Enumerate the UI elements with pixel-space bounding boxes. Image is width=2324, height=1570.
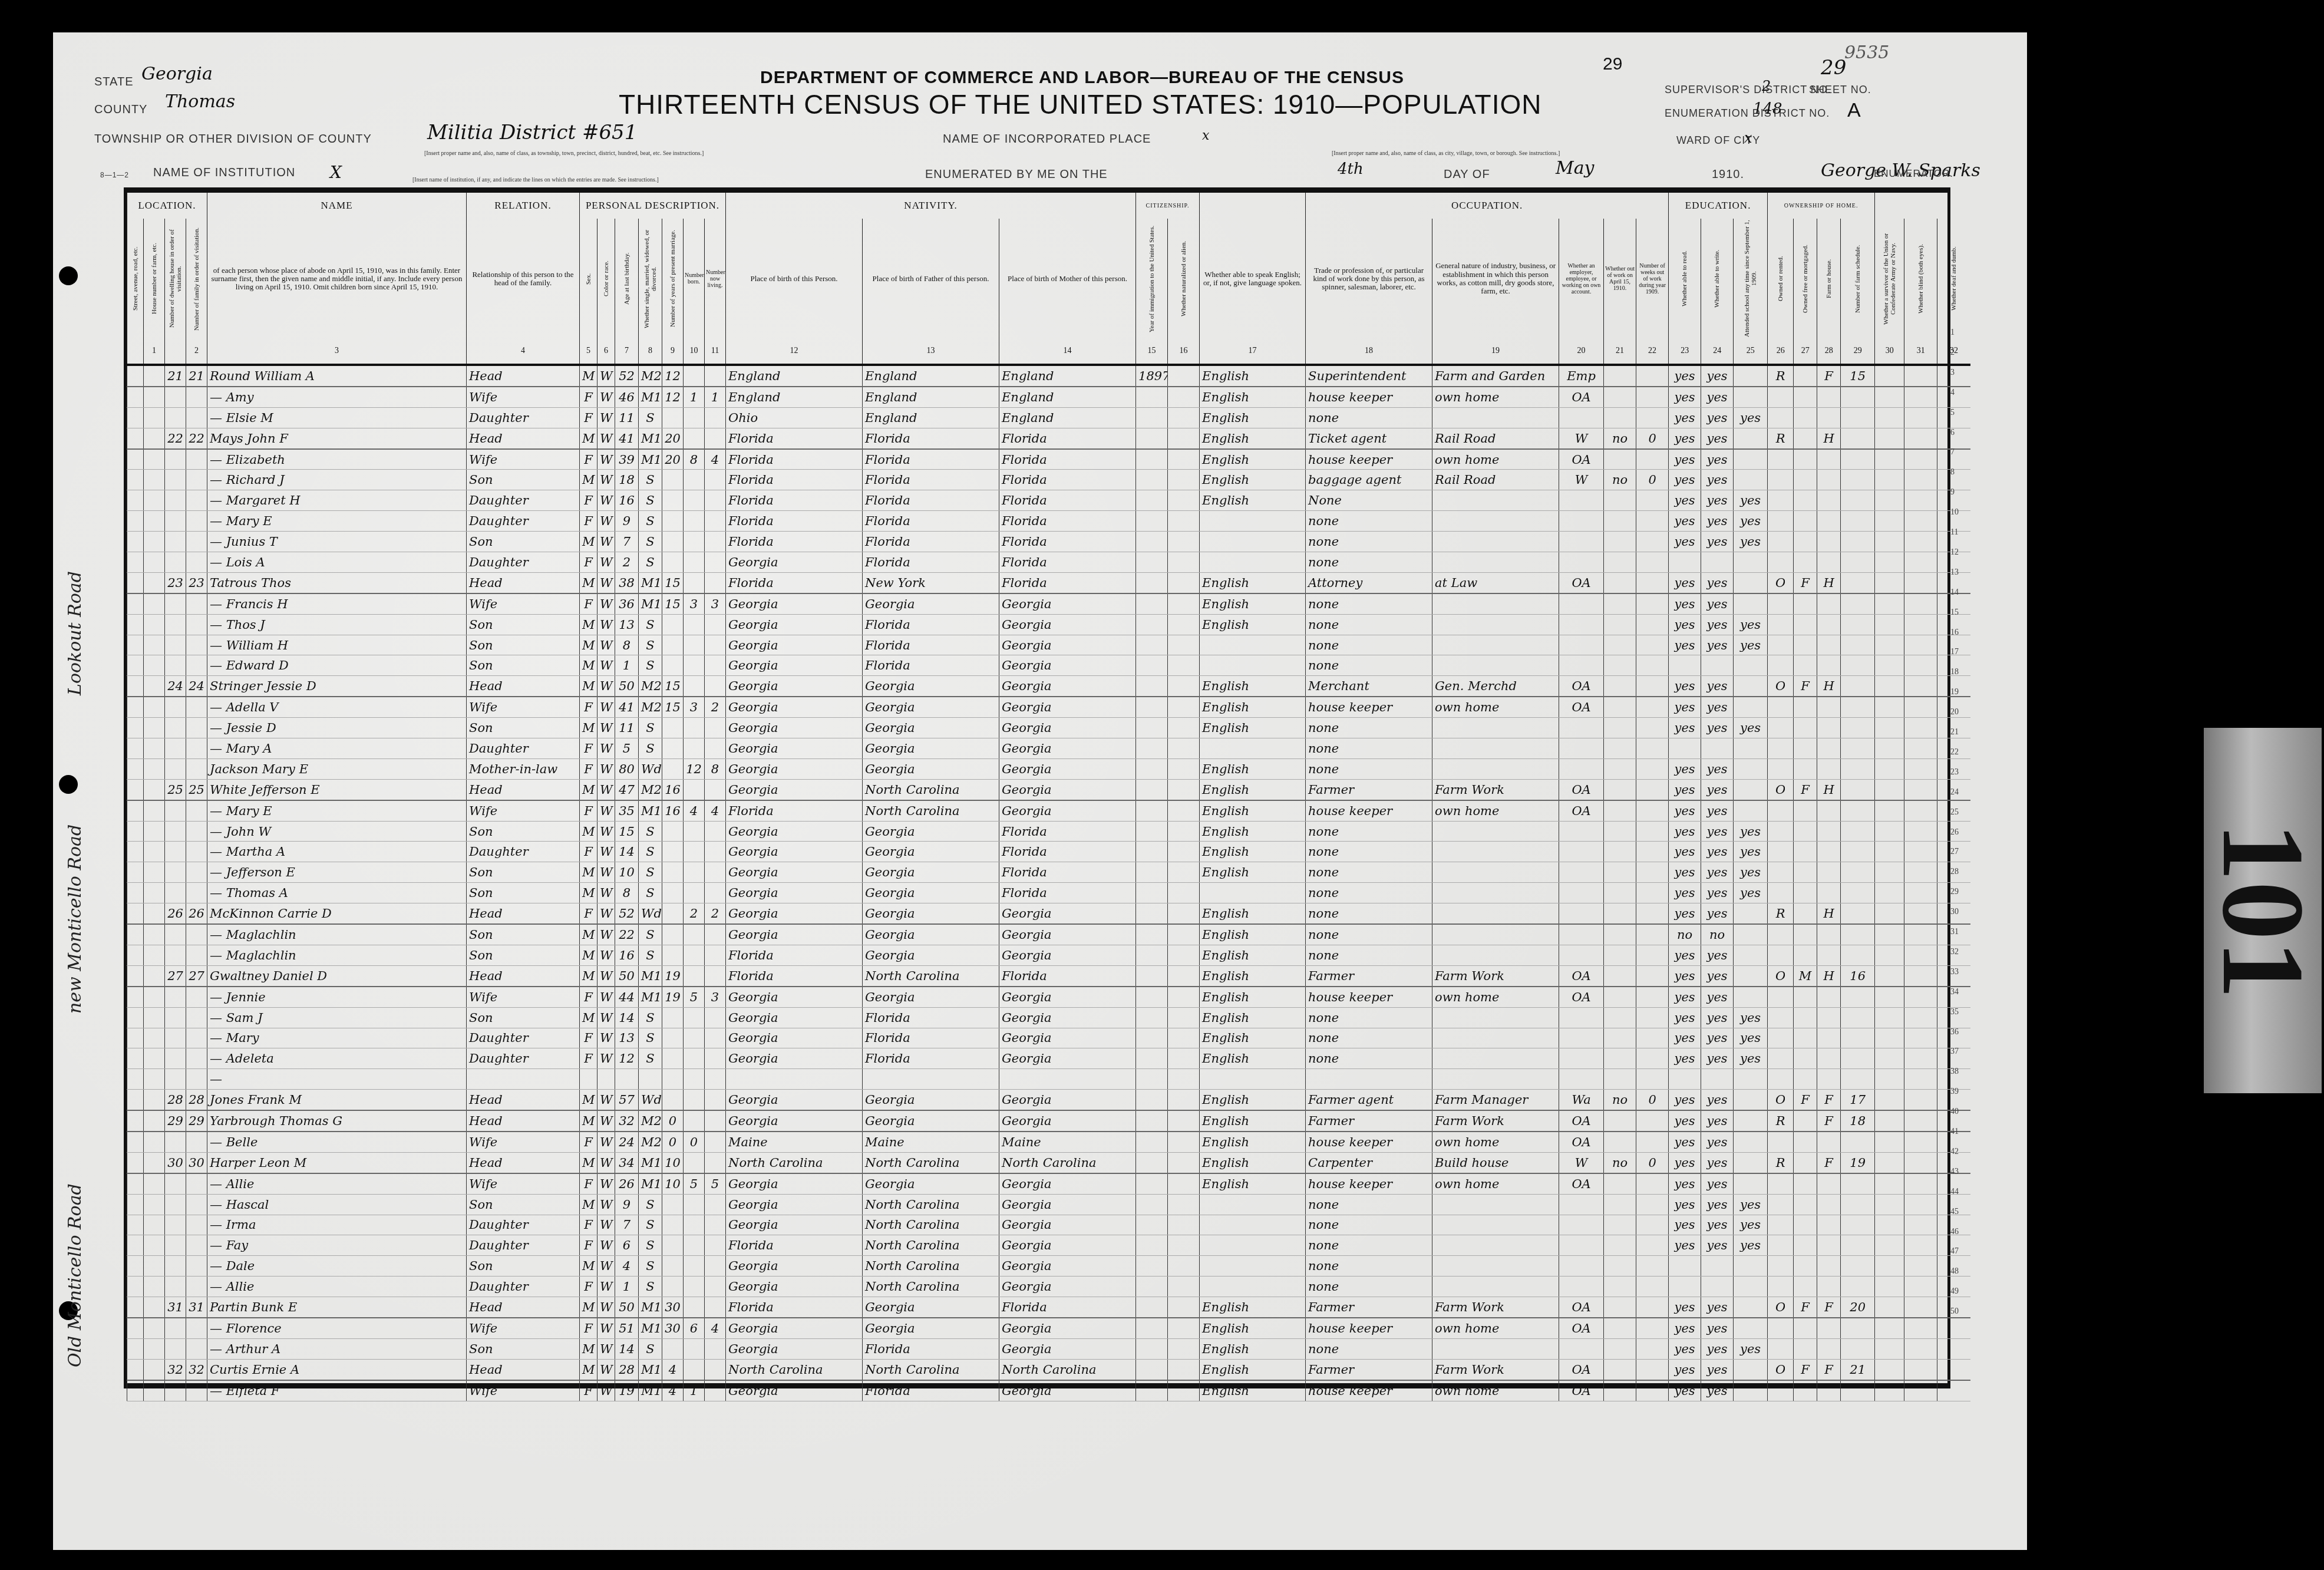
cell-trade: none bbox=[1306, 924, 1432, 945]
column-number: 29 bbox=[1841, 339, 1875, 365]
column-number: 1 bbox=[144, 339, 165, 365]
cell-free: F bbox=[1794, 1297, 1817, 1318]
cell-sex: M bbox=[580, 1152, 597, 1173]
cell-own bbox=[1768, 1069, 1794, 1090]
cell-born bbox=[684, 655, 705, 676]
cell-living bbox=[705, 1215, 726, 1235]
cell-weeks bbox=[1636, 1048, 1669, 1069]
cell-free bbox=[1794, 511, 1817, 532]
cell-born: 5 bbox=[684, 987, 705, 1007]
cell-emp: OA bbox=[1559, 987, 1604, 1007]
cell-bp: Florida bbox=[726, 1235, 863, 1256]
cell-living bbox=[705, 635, 726, 655]
cell-free bbox=[1794, 903, 1817, 924]
cell-sex: M bbox=[580, 428, 597, 448]
cell-blind bbox=[1904, 511, 1937, 532]
col-farm-schedule: Number of farm schedule. bbox=[1841, 219, 1875, 339]
cell-sex: F bbox=[580, 1318, 597, 1338]
cell-sched bbox=[1841, 593, 1875, 614]
col-read: Whether able to read. bbox=[1669, 219, 1701, 339]
cell-read: yes bbox=[1669, 1007, 1701, 1028]
cell-write: yes bbox=[1701, 1028, 1734, 1048]
cell-yrs bbox=[662, 842, 684, 862]
cell-vet bbox=[1875, 428, 1904, 448]
cell-emp bbox=[1559, 490, 1604, 511]
cell-fullname: — Martha A bbox=[207, 842, 467, 862]
cell-family bbox=[186, 1132, 207, 1152]
cell-sched bbox=[1841, 470, 1875, 490]
cell-street bbox=[127, 1110, 144, 1132]
cell-vet bbox=[1875, 655, 1904, 676]
cell-family bbox=[186, 1277, 207, 1297]
cell-living bbox=[705, 490, 726, 511]
cell-sched bbox=[1841, 407, 1875, 428]
cell-own bbox=[1768, 987, 1794, 1007]
cell-trade: house keeper bbox=[1306, 449, 1432, 470]
cell-industry: own home bbox=[1432, 1318, 1559, 1338]
cell-race: W bbox=[597, 1359, 615, 1380]
cell-blind bbox=[1904, 407, 1937, 428]
cell-trade: none bbox=[1306, 903, 1432, 924]
cell-yrs bbox=[662, 470, 684, 490]
cell-own bbox=[1768, 1194, 1794, 1215]
cell-read: yes bbox=[1669, 1132, 1701, 1152]
cell-bpm: Georgia bbox=[999, 1256, 1136, 1277]
cell-dwelling bbox=[165, 449, 186, 470]
cell-family bbox=[186, 1380, 207, 1401]
cell-out bbox=[1604, 1215, 1636, 1235]
cell-own bbox=[1768, 552, 1794, 573]
cell-read: yes bbox=[1669, 883, 1701, 903]
cell-free: F bbox=[1794, 1090, 1817, 1110]
cell-bpf: North Carolina bbox=[863, 1235, 999, 1256]
cell-living bbox=[705, 924, 726, 945]
cell-weeks bbox=[1636, 1173, 1669, 1194]
line-number: 20 bbox=[1950, 708, 1959, 717]
cell-write: yes bbox=[1701, 470, 1734, 490]
cell-dwelling bbox=[165, 987, 186, 1007]
cell-fh bbox=[1817, 1277, 1841, 1297]
cell-relation: Daughter bbox=[467, 1215, 580, 1235]
cell-blind bbox=[1904, 1318, 1937, 1338]
cell-blind bbox=[1904, 779, 1937, 800]
column-number: 8 bbox=[639, 339, 662, 365]
cell-school bbox=[1734, 449, 1768, 470]
cell-bpf bbox=[863, 1069, 999, 1090]
cell-lang: English bbox=[1200, 1007, 1306, 1028]
cell-bpm: Georgia bbox=[999, 987, 1136, 1007]
cell-dwelling bbox=[165, 593, 186, 614]
cell-blind bbox=[1904, 1359, 1937, 1380]
cell-bpm: Georgia bbox=[999, 945, 1136, 965]
cell-marital: S bbox=[639, 1194, 662, 1215]
cell-vet bbox=[1875, 779, 1904, 800]
cell-marital: M2 bbox=[639, 676, 662, 697]
cell-fullname: — Maglachlin bbox=[207, 945, 467, 965]
cell-imm bbox=[1136, 387, 1168, 407]
cell-write: yes bbox=[1701, 758, 1734, 779]
cell-born: 4 bbox=[684, 800, 705, 821]
col-children-living: Number now living. bbox=[705, 219, 726, 339]
cell-out: no bbox=[1604, 1152, 1636, 1173]
cell-imm bbox=[1136, 593, 1168, 614]
cell-fh bbox=[1817, 470, 1841, 490]
cell-school bbox=[1734, 387, 1768, 407]
cell-age: 11 bbox=[615, 407, 639, 428]
cell-fullname: — Belle bbox=[207, 1132, 467, 1152]
cell-born bbox=[684, 842, 705, 862]
cell-trade: none bbox=[1306, 1194, 1432, 1215]
cell-bp: Georgia bbox=[726, 1277, 863, 1297]
cell-lang: English bbox=[1200, 449, 1306, 470]
cell-family: 24 bbox=[186, 676, 207, 697]
cell-read: yes bbox=[1669, 779, 1701, 800]
cell-write: yes bbox=[1701, 1173, 1734, 1194]
cell-fullname: White Jefferson E bbox=[207, 779, 467, 800]
cell-bpf: Georgia bbox=[863, 738, 999, 759]
cell-living bbox=[705, 511, 726, 532]
cell-deaf bbox=[1937, 1338, 1970, 1359]
cell-blind bbox=[1904, 1256, 1937, 1277]
cell-family bbox=[186, 945, 207, 965]
cell-dwelling bbox=[165, 1048, 186, 1069]
line-number: 25 bbox=[1950, 808, 1959, 817]
cell-sched bbox=[1841, 449, 1875, 470]
cell-born: 1 bbox=[684, 1380, 705, 1401]
cell-bpm: Georgia bbox=[999, 924, 1136, 945]
cell-relation: Son bbox=[467, 470, 580, 490]
cell-yrs: 0 bbox=[662, 1110, 684, 1132]
cell-house bbox=[144, 800, 165, 821]
cell-industry: Farm Manager bbox=[1432, 1090, 1559, 1110]
cell-out bbox=[1604, 572, 1636, 593]
cell-fullname: — Jessie D bbox=[207, 718, 467, 738]
cell-bp: Georgia bbox=[726, 903, 863, 924]
cell-free bbox=[1794, 1007, 1817, 1028]
cell-blind bbox=[1904, 1173, 1937, 1194]
cell-weeks bbox=[1636, 552, 1669, 573]
cell-industry bbox=[1432, 1256, 1559, 1277]
cell-weeks bbox=[1636, 407, 1669, 428]
cell-marital: M1 bbox=[639, 1173, 662, 1194]
col-street: Street, avenue, road, etc. bbox=[127, 219, 144, 339]
cell-bpf: Georgia bbox=[863, 903, 999, 924]
col-farm-house: Farm or house. bbox=[1817, 219, 1841, 339]
incorporated-hint: [Insert proper name and, also, name of c… bbox=[1332, 150, 1560, 157]
cell-bp: Florida bbox=[726, 428, 863, 448]
cell-bpm: Georgia bbox=[999, 655, 1136, 676]
cell-own bbox=[1768, 800, 1794, 821]
cell-yrs: 30 bbox=[662, 1318, 684, 1338]
col-free: Owned free or mortgaged. bbox=[1794, 219, 1817, 339]
cell-fullname: — bbox=[207, 1069, 467, 1090]
cell-industry bbox=[1432, 883, 1559, 903]
cell-blind bbox=[1904, 655, 1937, 676]
cell-vet bbox=[1875, 1173, 1904, 1194]
column-number: 22 bbox=[1636, 339, 1669, 365]
cell-read: yes bbox=[1669, 800, 1701, 821]
cell-born bbox=[684, 1297, 705, 1318]
cell-bp: Georgia bbox=[726, 862, 863, 883]
cell-out bbox=[1604, 635, 1636, 655]
cell-imm bbox=[1136, 1235, 1168, 1256]
cell-fh: F bbox=[1817, 1090, 1841, 1110]
cell-vet bbox=[1875, 800, 1904, 821]
cell-sex: M bbox=[580, 1110, 597, 1132]
cell-street bbox=[127, 821, 144, 842]
col-birthplace-father: Place of birth of Father of this person. bbox=[863, 219, 999, 339]
cell-family bbox=[186, 987, 207, 1007]
cell-write: yes bbox=[1701, 779, 1734, 800]
cell-nat bbox=[1168, 407, 1200, 428]
cell-nat bbox=[1168, 635, 1200, 655]
cell-out bbox=[1604, 1318, 1636, 1338]
table-row: — Jefferson ESonMW10SGeorgiaGeorgiaFlori… bbox=[127, 862, 1970, 883]
cell-own: R bbox=[1768, 1152, 1794, 1173]
cell-emp: W bbox=[1559, 428, 1604, 448]
cell-living bbox=[705, 862, 726, 883]
cell-school bbox=[1734, 779, 1768, 800]
cell-fullname: — Dale bbox=[207, 1256, 467, 1277]
cell-vet bbox=[1875, 614, 1904, 635]
cell-emp bbox=[1559, 655, 1604, 676]
cell-trade: Ticket agent bbox=[1306, 428, 1432, 448]
line-number: 21 bbox=[1950, 728, 1959, 737]
cell-out bbox=[1604, 1069, 1636, 1090]
cell-weeks bbox=[1636, 572, 1669, 593]
cell-sex: F bbox=[580, 490, 597, 511]
cell-race: W bbox=[597, 842, 615, 862]
cell-out bbox=[1604, 1338, 1636, 1359]
table-row: 2828Jones Frank MHeadMW57WdGeorgiaGeorgi… bbox=[127, 1090, 1970, 1110]
cell-yrs: 15 bbox=[662, 697, 684, 717]
col-write: Whether able to write. bbox=[1701, 219, 1734, 339]
cell-out bbox=[1604, 365, 1636, 387]
cell-out bbox=[1604, 490, 1636, 511]
county-value: Thomas bbox=[165, 91, 235, 112]
cell-sched bbox=[1841, 614, 1875, 635]
column-number: 7 bbox=[615, 339, 639, 365]
cell-race: W bbox=[597, 1132, 615, 1152]
cell-race: W bbox=[597, 1110, 615, 1132]
cell-fh bbox=[1817, 924, 1841, 945]
cell-trade bbox=[1306, 1069, 1432, 1090]
table-row: — Mary EDaughterFW9SFloridaFloridaFlorid… bbox=[127, 511, 1970, 532]
cell-write: yes bbox=[1701, 365, 1734, 387]
cell-free bbox=[1794, 593, 1817, 614]
cell-sched bbox=[1841, 924, 1875, 945]
cell-nat bbox=[1168, 1380, 1200, 1401]
column-number: 19 bbox=[1432, 339, 1559, 365]
cell-sex: F bbox=[580, 1277, 597, 1297]
cell-read: yes bbox=[1669, 1090, 1701, 1110]
cell-fullname: — Mary E bbox=[207, 511, 467, 532]
cell-school: yes bbox=[1734, 1338, 1768, 1359]
cell-vet bbox=[1875, 1028, 1904, 1048]
cell-free bbox=[1794, 407, 1817, 428]
cell-blind bbox=[1904, 1215, 1937, 1235]
cell-trade: Farmer bbox=[1306, 1359, 1432, 1380]
cell-race: W bbox=[597, 635, 615, 655]
line-number: 46 bbox=[1950, 1228, 1959, 1237]
cell-lang: English bbox=[1200, 407, 1306, 428]
cell-street bbox=[127, 1007, 144, 1028]
cell-trade: none bbox=[1306, 1048, 1432, 1069]
line-number: 22 bbox=[1950, 748, 1959, 757]
cell-read: yes bbox=[1669, 842, 1701, 862]
census-table: LOCATION. NAME RELATION. PERSONAL DESCRI… bbox=[124, 187, 1950, 1388]
cell-own bbox=[1768, 1338, 1794, 1359]
cell-race: W bbox=[597, 738, 615, 759]
cell-dwelling bbox=[165, 1318, 186, 1338]
cell-trade: Superintendent bbox=[1306, 365, 1432, 387]
cell-relation: Son bbox=[467, 945, 580, 965]
table-row: 3131Partin Bunk EHeadMW50M130FloridaGeor… bbox=[127, 1297, 1970, 1318]
cell-relation: Wife bbox=[467, 1173, 580, 1194]
line-number: 2 bbox=[1950, 348, 1955, 358]
cell-nat bbox=[1168, 987, 1200, 1007]
page-number: 29 bbox=[1603, 54, 1622, 74]
group-relation: RELATION. bbox=[467, 193, 580, 219]
cell-fullname: — Mary E bbox=[207, 800, 467, 821]
cell-industry bbox=[1432, 821, 1559, 842]
cell-yrs bbox=[662, 821, 684, 842]
cell-fullname: Curtis Ernie A bbox=[207, 1359, 467, 1380]
cell-vet bbox=[1875, 738, 1904, 759]
cell-emp bbox=[1559, 924, 1604, 945]
group-language bbox=[1200, 193, 1306, 219]
cell-age: 9 bbox=[615, 1194, 639, 1215]
cell-yrs bbox=[662, 1194, 684, 1215]
cell-industry: Farm Work bbox=[1432, 779, 1559, 800]
cell-blind bbox=[1904, 1048, 1937, 1069]
cell-free bbox=[1794, 1235, 1817, 1256]
cell-write: yes bbox=[1701, 842, 1734, 862]
line-number: 15 bbox=[1950, 608, 1959, 618]
cell-out bbox=[1604, 1194, 1636, 1215]
cell-family bbox=[186, 1028, 207, 1048]
cell-trade: house keeper bbox=[1306, 800, 1432, 821]
cell-race: W bbox=[597, 655, 615, 676]
cell-fullname: — Mary A bbox=[207, 738, 467, 759]
cell-weeks: 0 bbox=[1636, 1152, 1669, 1173]
line-number: 43 bbox=[1950, 1167, 1959, 1177]
column-number: 6 bbox=[597, 339, 615, 365]
cell-born bbox=[684, 407, 705, 428]
cell-lang bbox=[1200, 1256, 1306, 1277]
cell-house bbox=[144, 903, 165, 924]
column-number: 3 bbox=[207, 339, 467, 365]
cell-weeks bbox=[1636, 1318, 1669, 1338]
cell-sched bbox=[1841, 697, 1875, 717]
cell-fullname: — Allie bbox=[207, 1277, 467, 1297]
cell-born bbox=[684, 945, 705, 965]
cell-marital: S bbox=[639, 1256, 662, 1277]
cell-emp bbox=[1559, 407, 1604, 428]
cell-vet bbox=[1875, 924, 1904, 945]
cell-bp: Georgia bbox=[726, 987, 863, 1007]
cell-fullname: — Amy bbox=[207, 387, 467, 407]
cell-age: 7 bbox=[615, 1215, 639, 1235]
cell-read: yes bbox=[1669, 1215, 1701, 1235]
cell-fullname: — Hascal bbox=[207, 1194, 467, 1215]
column-number: 17 bbox=[1200, 339, 1306, 365]
cell-emp bbox=[1559, 1194, 1604, 1215]
cell-sex: M bbox=[580, 1338, 597, 1359]
cell-fullname: McKinnon Carrie D bbox=[207, 903, 467, 924]
cell-read: yes bbox=[1669, 1338, 1701, 1359]
cell-sex: M bbox=[580, 1090, 597, 1110]
cell-sex: M bbox=[580, 883, 597, 903]
cell-fh bbox=[1817, 635, 1841, 655]
cell-bpm: Florida bbox=[999, 883, 1136, 903]
cell-out bbox=[1604, 1359, 1636, 1380]
col-out-of-work: Whether out of work on April 15, 1910. bbox=[1604, 219, 1636, 339]
cell-living bbox=[705, 470, 726, 490]
cell-living bbox=[705, 779, 726, 800]
cell-yrs bbox=[662, 1277, 684, 1297]
cell-read: yes bbox=[1669, 1359, 1701, 1380]
cell-nat bbox=[1168, 365, 1200, 387]
cell-nat bbox=[1168, 1132, 1200, 1152]
cell-vet bbox=[1875, 1380, 1904, 1401]
cell-marital: S bbox=[639, 407, 662, 428]
cell-industry bbox=[1432, 1069, 1559, 1090]
table-row: — MaryDaughterFW13SGeorgiaFloridaGeorgia… bbox=[127, 1028, 1970, 1048]
enumerated-label: ENUMERATED BY ME ON THE bbox=[925, 168, 1108, 182]
cell-school: yes bbox=[1734, 511, 1768, 532]
cell-imm bbox=[1136, 883, 1168, 903]
table-row: — Margaret HDaughterFW16SFloridaFloridaF… bbox=[127, 490, 1970, 511]
cell-trade: none bbox=[1306, 821, 1432, 842]
cell-free bbox=[1794, 758, 1817, 779]
cell-emp bbox=[1559, 883, 1604, 903]
cell-own bbox=[1768, 407, 1794, 428]
cell-race: W bbox=[597, 965, 615, 986]
cell-dwelling: 31 bbox=[165, 1297, 186, 1318]
group-location: LOCATION. bbox=[127, 193, 207, 219]
cell-race: W bbox=[597, 365, 615, 387]
cell-born bbox=[684, 779, 705, 800]
cell-emp bbox=[1559, 593, 1604, 614]
cell-born bbox=[684, 821, 705, 842]
cell-nat bbox=[1168, 883, 1200, 903]
cell-imm bbox=[1136, 635, 1168, 655]
cell-imm bbox=[1136, 779, 1168, 800]
cell-house bbox=[144, 965, 165, 986]
cell-write: yes bbox=[1701, 697, 1734, 717]
cell-street bbox=[127, 470, 144, 490]
cell-sched: 20 bbox=[1841, 1297, 1875, 1318]
group-nativity: NATIVITY. bbox=[726, 193, 1136, 219]
cell-house bbox=[144, 945, 165, 965]
cell-blind bbox=[1904, 1297, 1937, 1318]
cell-street bbox=[127, 1028, 144, 1048]
cell-weeks bbox=[1636, 842, 1669, 862]
margin-road-note: Lookout Road bbox=[65, 571, 85, 695]
cell-industry: own home bbox=[1432, 1380, 1559, 1401]
cell-relation: Wife bbox=[467, 449, 580, 470]
cell-street bbox=[127, 572, 144, 593]
cell-living bbox=[705, 1132, 726, 1152]
cell-sex: M bbox=[580, 945, 597, 965]
column-number: 27 bbox=[1794, 339, 1817, 365]
cell-living bbox=[705, 821, 726, 842]
cell-bpm: Georgia bbox=[999, 1110, 1136, 1132]
cell-family bbox=[186, 1007, 207, 1028]
cell-bp: Georgia bbox=[726, 614, 863, 635]
cell-family bbox=[186, 842, 207, 862]
